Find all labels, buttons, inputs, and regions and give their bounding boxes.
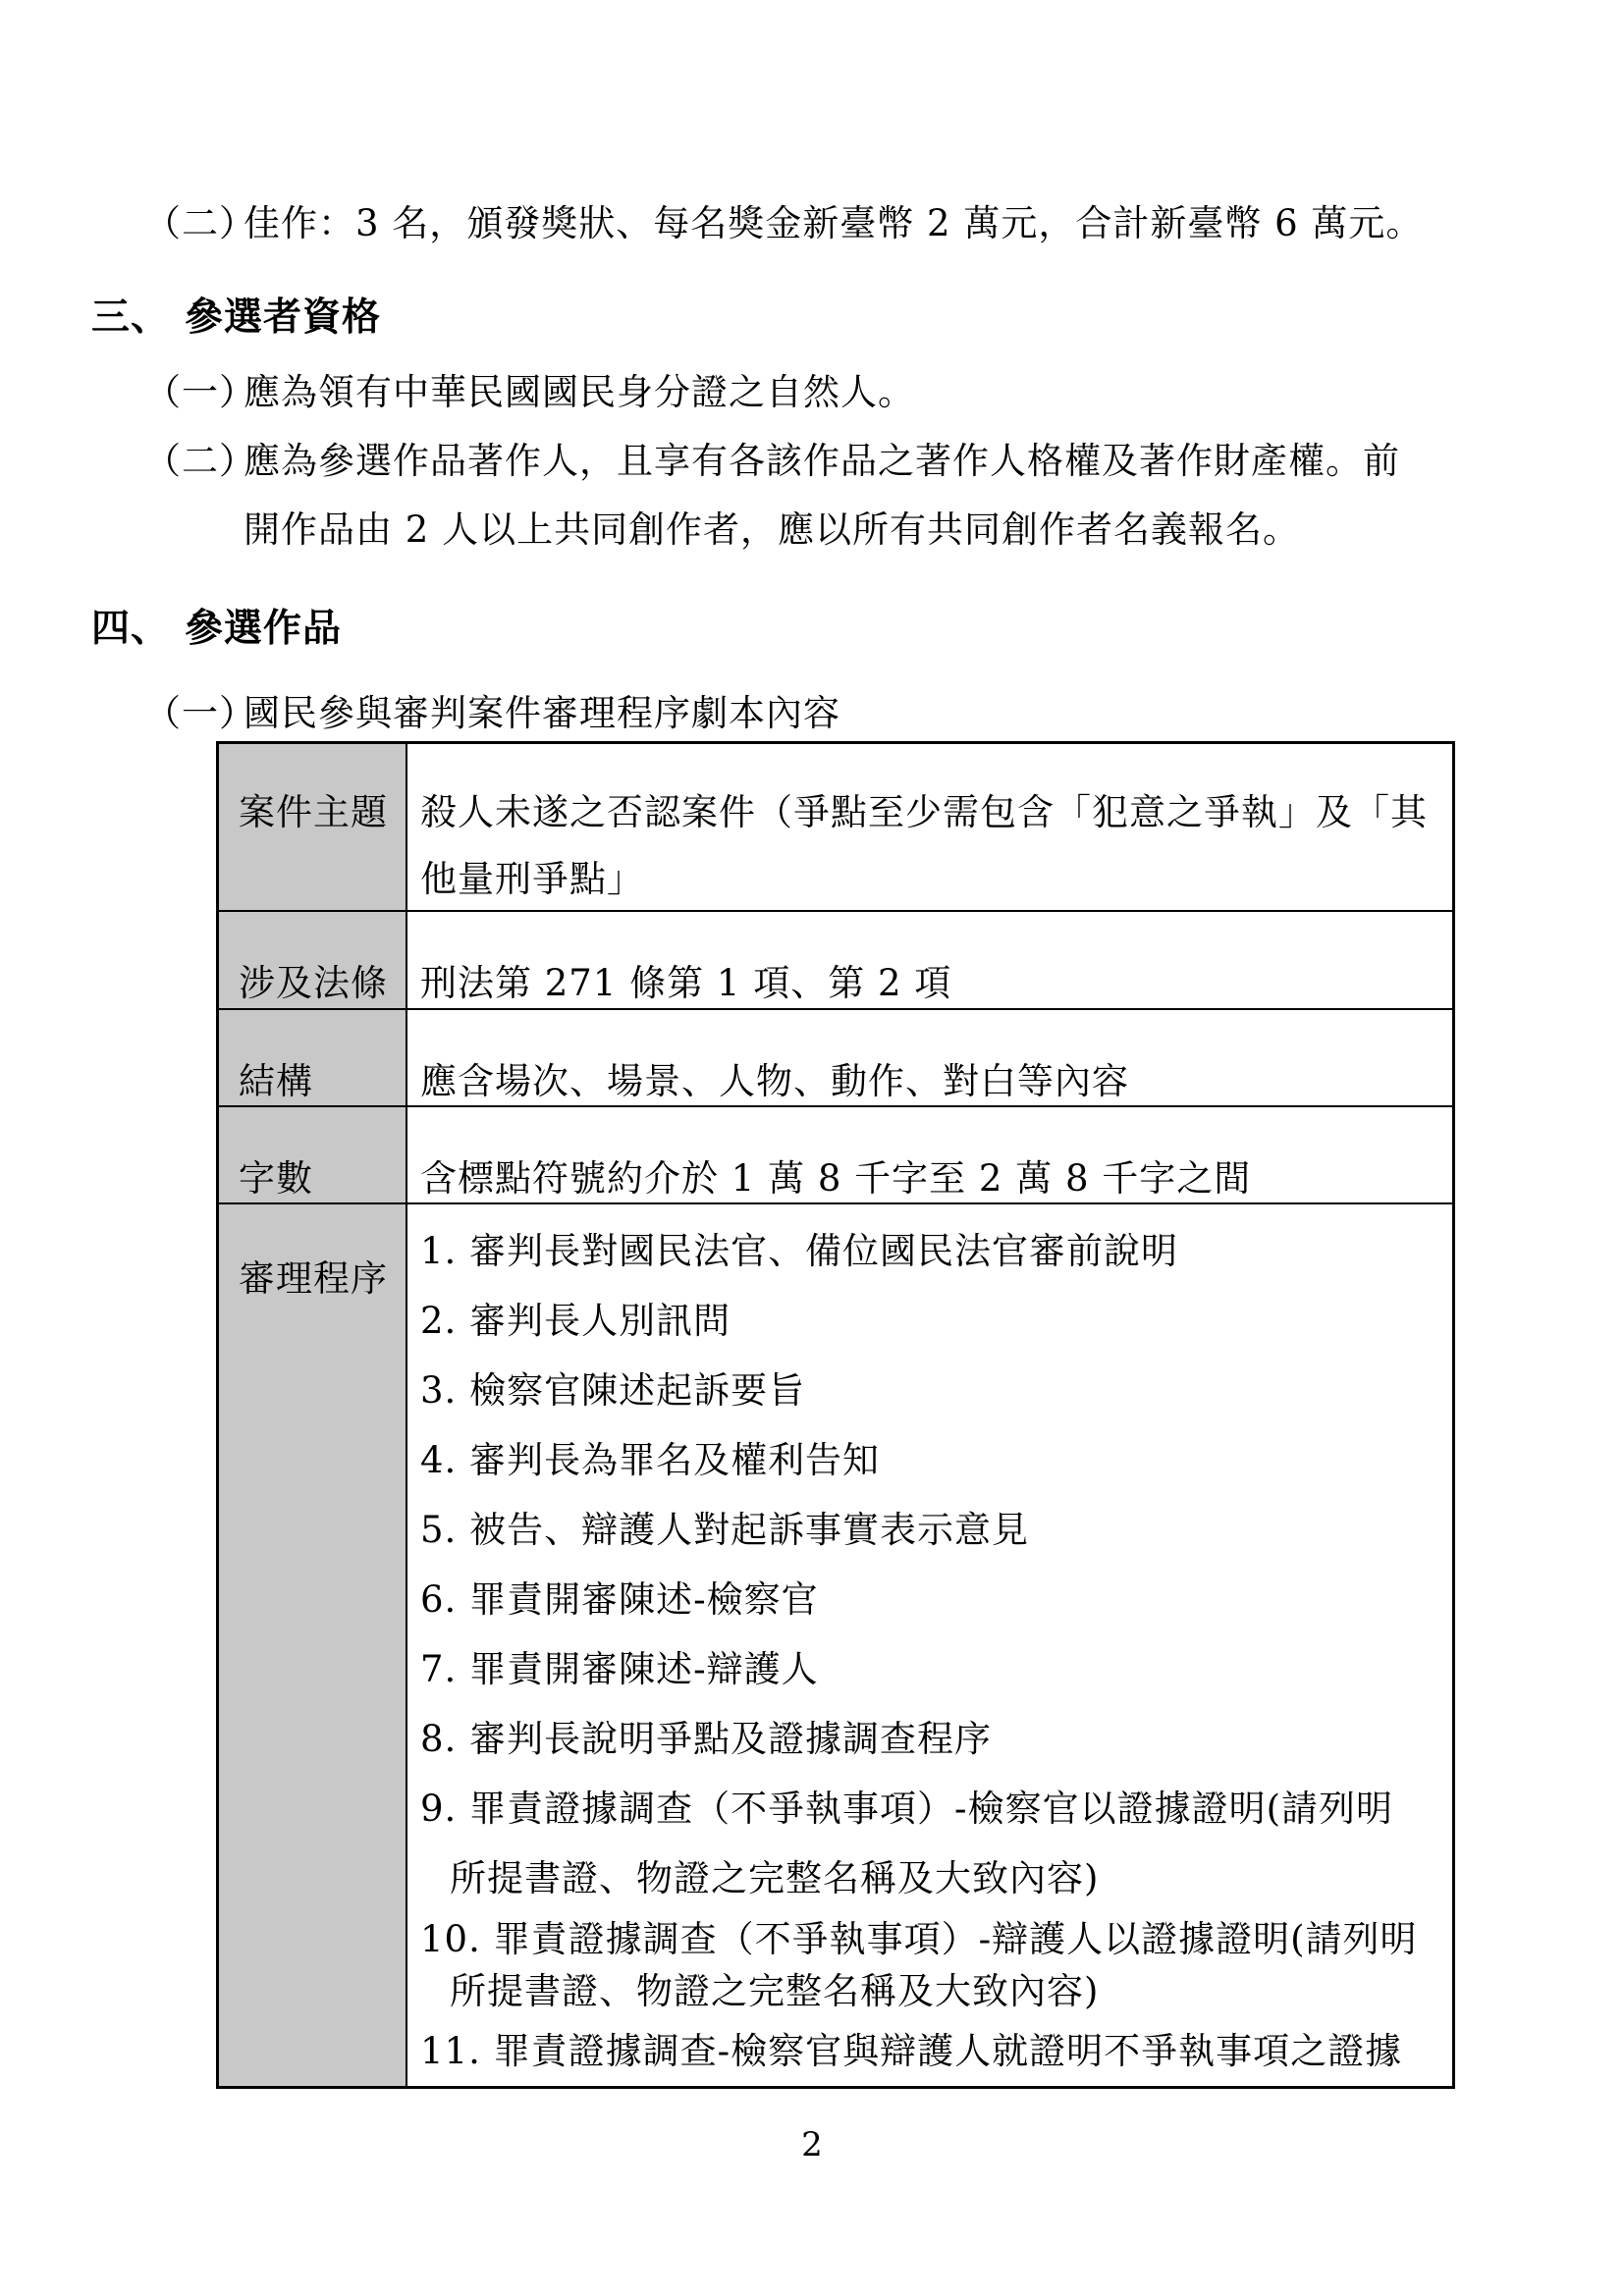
section3-heading: 三、參選者資格	[91, 283, 381, 351]
table-row-structure: 結構 應含場次、場景、人物、動作、對白等內容	[219, 1008, 1452, 1105]
item-text: 佳作：3 名，頒發獎狀、每名獎金新臺幣 2 萬元，合計新臺幣 6 萬元。	[244, 202, 1423, 244]
procedure-step: 5. 被告、辯護人對起訴事實表示意見	[420, 1495, 1452, 1565]
row-label-text: 結構	[239, 1060, 313, 1102]
row-label-statutes: 涉及法條	[219, 912, 407, 1008]
procedure-step: 9. 罪責證據調查（不爭執事項）-檢察官以證據證明(請列明	[420, 1774, 1452, 1843]
row-content-structure: 應含場次、場景、人物、動作、對白等內容	[407, 1010, 1452, 1105]
procedure-step: 11. 罪責證據調查-檢察官與辯護人就證明不爭執事項之證據	[420, 2017, 1452, 2086]
section4-heading: 四、參選作品	[91, 594, 342, 663]
section4-item-1: （一）國民參與審判案件審理程序劇本內容	[144, 679, 840, 748]
section3-item-2: （二）應為參選作品著作人，且享有各該作品之著作人格權及著作財產權。前 開作品由 …	[144, 427, 1400, 564]
row-label-case-topic: 案件主題	[219, 744, 407, 910]
table-row-word-count: 字數 含標點符號約介於 1 萬 8 千字至 2 萬 8 千字之間	[219, 1105, 1452, 1202]
row-label-structure: 結構	[219, 1010, 407, 1105]
procedure-step: 10. 罪責證據調查（不爭執事項）-辯護人以證據證明(請列明	[420, 1913, 1452, 1965]
table-row-statutes: 涉及法條 刑法第 271 條第 1 項、第 2 項	[219, 910, 1452, 1008]
section3-number: 三、	[91, 283, 185, 351]
item-text: 國民參與審判案件審理程序劇本內容	[244, 692, 840, 734]
procedure-step: 6. 罪責開審陳述-檢察官	[420, 1565, 1452, 1634]
section4-title: 參選作品	[185, 606, 342, 651]
section4-number: 四、	[91, 594, 185, 663]
procedure-step-continuation: 所提書證、物證之完整名稱及大致內容)	[420, 1965, 1452, 2017]
table-row-trial-procedure: 審理程序 1. 審判長對國民法官、備位國民法官審前說明 2. 審判長人別訊問 3…	[219, 1202, 1452, 2086]
row-label-text: 字數	[239, 1157, 313, 1200]
procedure-step: 1. 審判長對國民法官、備位國民法官審前說明	[420, 1216, 1452, 1286]
item-text: 應為參選作品著作人，且享有各該作品之著作人格權及著作財產權。前	[244, 440, 1400, 482]
table-row-case-topic: 案件主題 殺人未遂之否認案件（爭點至少需包含「犯意之爭執」及「其 他量刑爭點」	[219, 744, 1452, 910]
row-content-statutes: 刑法第 271 條第 1 項、第 2 項	[407, 912, 1452, 1008]
row-content-trial-procedure: 1. 審判長對國民法官、備位國民法官審前說明 2. 審判長人別訊問 3. 檢察官…	[407, 1204, 1452, 2086]
script-requirements-table: 案件主題 殺人未遂之否認案件（爭點至少需包含「犯意之爭執」及「其 他量刑爭點」 …	[216, 741, 1455, 2089]
item-marker: （一）	[144, 679, 244, 748]
row-label-text: 案件主題	[239, 791, 388, 833]
procedure-step: 7. 罪責開審陳述-辯護人	[420, 1634, 1452, 1704]
award-runnerup-item: （二）佳作：3 名，頒發獎狀、每名獎金新臺幣 2 萬元，合計新臺幣 6 萬元。	[144, 189, 1423, 258]
section3-item-1: （一）應為領有中華民國國民身分證之自然人。	[144, 358, 915, 427]
item-marker: （二）	[144, 427, 244, 496]
row-label-trial-procedure: 審理程序	[219, 1204, 407, 2086]
row-content-case-topic: 殺人未遂之否認案件（爭點至少需包含「犯意之爭執」及「其 他量刑爭點」	[407, 744, 1452, 910]
procedure-step-continuation: 所提書證、物證之完整名稱及大致內容)	[420, 1843, 1452, 1913]
item-text: 開作品由 2 人以上共同創作者，應以所有共同創作者名義報名。	[244, 508, 1300, 551]
document-page: （二）佳作：3 名，頒發獎狀、每名獎金新臺幣 2 萬元，合計新臺幣 6 萬元。 …	[0, 0, 1624, 2296]
procedure-step: 4. 審判長為罪名及權利告知	[420, 1425, 1452, 1495]
item-marker: （一）	[144, 358, 244, 427]
item-marker: （二）	[144, 189, 244, 258]
row-label-text: 涉及法條	[239, 962, 388, 1004]
procedure-step: 2. 審判長人別訊問	[420, 1286, 1452, 1356]
item-line-2: 開作品由 2 人以上共同創作者，應以所有共同創作者名義報名。	[144, 496, 1400, 564]
row-content-word-count: 含標點符號約介於 1 萬 8 千字至 2 萬 8 千字之間	[407, 1107, 1452, 1202]
content-line: 刑法第 271 條第 1 項、第 2 項	[420, 964, 1452, 1003]
item-text: 應為領有中華民國國民身分證之自然人。	[244, 371, 915, 413]
row-label-text: 審理程序	[239, 1257, 388, 1300]
item-line-1: （二）應為參選作品著作人，且享有各該作品之著作人格權及著作財產權。前	[144, 427, 1400, 496]
procedure-step: 3. 檢察官陳述起訴要旨	[420, 1356, 1452, 1425]
page-number: 2	[0, 2122, 1624, 2167]
content-line: 他量刑爭點」	[420, 846, 1452, 910]
section3-title: 參選者資格	[185, 294, 381, 340]
content-line: 含標點符號約介於 1 萬 8 千字至 2 萬 8 千字之間	[420, 1159, 1452, 1199]
row-label-word-count: 字數	[219, 1107, 407, 1202]
content-line: 應含場次、場景、人物、動作、對白等內容	[420, 1062, 1452, 1101]
content-line: 殺人未遂之否認案件（爭點至少需包含「犯意之爭執」及「其	[420, 779, 1452, 846]
procedure-step: 8. 審判長說明爭點及證據調查程序	[420, 1704, 1452, 1774]
